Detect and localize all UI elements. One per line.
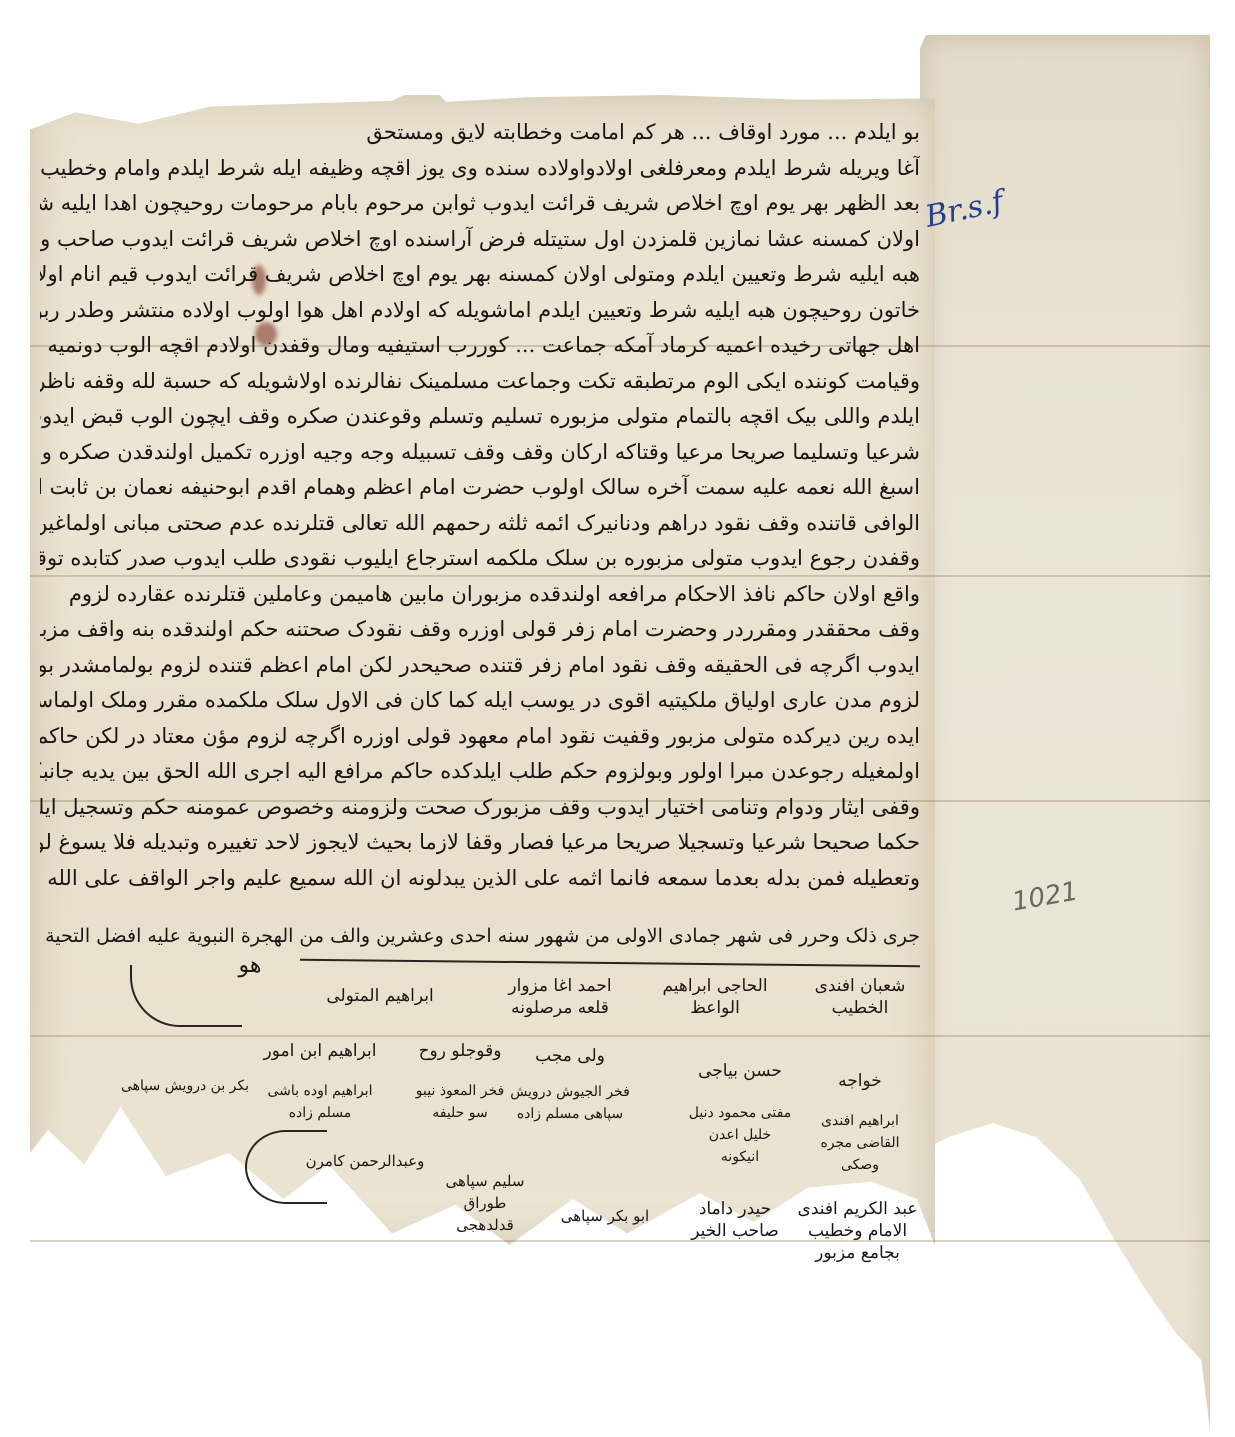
- text-line: آغا ویریله شرط ایلدم ومعرفلغی اولادواولا…: [40, 151, 920, 187]
- witness-signature: حسن بیاجی مفتی محمود دنیل خلیل اعدن انیک…: [680, 1060, 800, 1168]
- text-line: وقف محققدر ومقرردر وحضرت امام زفر قولی ا…: [40, 612, 920, 648]
- text-line: ایده رین دیرکده متولی مزبور وقفیت نقود ا…: [40, 719, 920, 755]
- witness-signature: ابراهیم المتولی: [300, 985, 460, 1007]
- witness-signature: شعبان افندی الخطیب: [800, 975, 920, 1019]
- witness-signature: ابراهیم ابن امور ابراهیم اوده باشی مسلم …: [255, 1040, 385, 1124]
- witness-line: سپاهی مسلم زاده: [500, 1103, 640, 1125]
- text-line: حکما صحیحا شرعیا وتسجیلا صریحا مرعیا فصا…: [40, 825, 920, 861]
- witness-signature: سلیم سپاهی طوراق قدلدهجی: [420, 1170, 550, 1236]
- text-line: خاتون روحیچون هبه ایلیه شرط وتعیین ایلدم…: [40, 293, 920, 329]
- text-line: هبه ایلیه شرط وتعیین ایلدم ومتولی اولان …: [40, 257, 920, 293]
- fold-line: [30, 1240, 1210, 1242]
- witness-line: فخر المعوذ نیبو: [400, 1080, 520, 1102]
- witness-line: فخر الجیوش درویش: [500, 1081, 640, 1103]
- text-line: وقیامت کوننده ایکی الوم مرتطبقه تکت وجما…: [40, 364, 920, 400]
- witness-signature: عبد الکریم افندی الامام وخطیب بجامع مزبو…: [795, 1198, 920, 1264]
- text-line: وقفدن رجوع ایدوب متولی مزبوره بن سلک ملک…: [40, 541, 920, 577]
- witness-name: شعبان افندی: [800, 975, 920, 997]
- text-line: بو ایلدم ... مورد اوقاف ... هر کم امامت …: [40, 115, 920, 151]
- witness-name: حسن بیاجی: [680, 1060, 800, 1082]
- witness-signature: ابو بکر سپاهی: [545, 1205, 665, 1227]
- witness-line: ابراهیم اوده باشی: [255, 1080, 385, 1102]
- witness-line: قدلدهجی: [420, 1214, 550, 1236]
- witness-name: ابراهیم المتولی: [300, 985, 460, 1007]
- witness-line: سو حلیفه: [400, 1102, 520, 1124]
- witness-line: وصکی: [800, 1154, 920, 1176]
- attached-paper-strip: [920, 35, 1210, 1430]
- witness-line: بکر بن درویش سپاهی: [120, 1075, 250, 1097]
- witness-line: صاحب الخیر: [680, 1220, 790, 1242]
- text-line: شرعیا وتسلیما صریحا مرعیا وقتاکه ارکان و…: [40, 435, 920, 471]
- witness-signature: احمد اغا مزوار قلعه مرصلونه: [490, 975, 630, 1019]
- text-line: ایلدم واللی بیک اقچه بالتمام متولی مزبور…: [40, 399, 920, 435]
- witness-title: قلعه مرصلونه: [490, 997, 630, 1019]
- date-line: جری ذلک وحرر فی شهر جمادی الاولی من شهور…: [40, 925, 920, 947]
- witness-name: وعبدالرحمن کامرن: [300, 1150, 430, 1172]
- deed-body-text: بو ایلدم ... مورد اوقاف ... هر کم امامت …: [40, 115, 920, 896]
- text-line: واقع اولان حاکم نافذ الاحکام مرافعه اولن…: [40, 577, 920, 613]
- witness-line: طوراق: [420, 1192, 550, 1214]
- witness-name: حیدر داماد: [680, 1198, 790, 1220]
- witness-line: الامام وخطیب: [795, 1220, 920, 1242]
- witness-name: وقوجلو روح: [400, 1040, 520, 1062]
- witness-name: ابو بکر سپاهی: [545, 1205, 665, 1227]
- witness-name: الحاجی ابراهیم: [650, 975, 780, 997]
- witness-title: الخطیب: [800, 997, 920, 1019]
- witness-signature: الحاجی ابراهیم الواعظ: [650, 975, 780, 1019]
- witness-line: انیکونه: [680, 1146, 800, 1168]
- witness-name: عبد الکریم افندی: [795, 1198, 920, 1220]
- text-line: اسبغ الله نعمه علیه سمت آخره سالک اولوب …: [40, 470, 920, 506]
- witness-name: سلیم سپاهی: [420, 1170, 550, 1192]
- witness-signature: وقوجلو روح فخر المعوذ نیبو سو حلیفه: [400, 1040, 520, 1124]
- witness-signature: حیدر داماد صاحب الخیر: [680, 1198, 790, 1242]
- witness-signature: هو: [220, 955, 280, 977]
- witness-line: بجامع مزبور: [795, 1242, 920, 1264]
- witness-name: احمد اغا مزوار: [490, 975, 630, 997]
- witness-line: القاضی مجره: [800, 1132, 920, 1154]
- text-line: اولمغیله رجوعدن مبرا اولور وبولزوم حکم ط…: [40, 754, 920, 790]
- witness-name: هو: [220, 955, 280, 977]
- witness-name: خواجه: [800, 1070, 920, 1092]
- text-line: اهل جهاتی رخیده اعمیه کرماد آمکه جماعت .…: [40, 328, 920, 364]
- fold-line: [30, 1035, 1210, 1037]
- witness-line: خلیل اعدن: [680, 1124, 800, 1146]
- text-line: اولان کمسنه عشا نمازین قلمزدن اول ستیتله…: [40, 222, 920, 258]
- witness-name: ابراهیم ابن امور: [255, 1040, 385, 1062]
- text-line: لزوم مدن عاری اولیاق ملکیتیه اقوی در یوس…: [40, 683, 920, 719]
- text-line: وقفی ایثار ودوام وتنامی اختیار ایدوب وقف…: [40, 790, 920, 826]
- witness-name: ولی مجب: [500, 1045, 640, 1067]
- text-line: وتعطیله فمن بدله بعدما سمعه فانما اثمه ع…: [40, 861, 920, 897]
- witness-signature: خواجه ابراهیم افندی القاضی مجره وصکی: [800, 1070, 920, 1176]
- witness-line: مفتی محمود دنیل: [680, 1102, 800, 1124]
- text-line: ایدوب اگرچه فی الحقیقه وقف نقود امام زفر…: [40, 648, 920, 684]
- text-line: بعد الظهر بهر یوم اوچ اخلاص شریف قرائت ا…: [40, 186, 920, 222]
- text-line: الوافی قاتنده وقف نقود دراهم ودنانیرک ائ…: [40, 506, 920, 542]
- witness-signature: وعبدالرحمن کامرن: [300, 1150, 430, 1172]
- witness-title: الواعظ: [650, 997, 780, 1019]
- witness-signature: ولی مجب فخر الجیوش درویش سپاهی مسلم زاده: [500, 1045, 640, 1125]
- witness-line: ابراهیم افندی: [800, 1110, 920, 1132]
- witness-signature: بکر بن درویش سپاهی: [120, 1075, 250, 1097]
- witness-line: مسلم زاده: [255, 1102, 385, 1124]
